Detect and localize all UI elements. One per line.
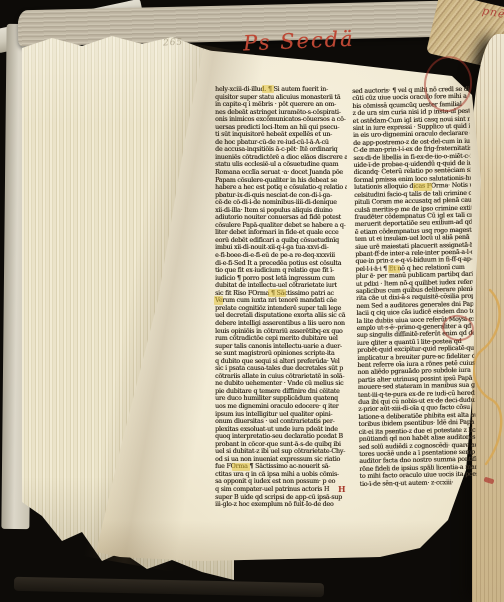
text-line: imbui xii-di-nouit-xii-q-i-ga tua-xxvi-d… [215,244,347,252]
folio-number: 265 [163,37,184,48]
text-line: plexitas exsoluat-ut unde iura pdeāt ind… [215,426,347,434]
yellow-wash-mark [214,296,223,305]
text-line: probant in cōcor-que sunt-ā-s-de quibq i… [215,441,347,449]
text-line: q sim compater-uel patrinus actoris H [215,486,347,494]
yellow-wash-mark [268,289,286,297]
text-line: super B uide qd scripsi de app-cū ipsā-s… [215,494,347,502]
cover-bottom-shadow [14,577,324,597]
yellow-wash-mark [388,265,400,273]
text-line: de hoc pbatur-cū-de re-iud-cū-l-ā-A-cū [215,139,347,147]
left-column: hely-xciii-di-illud. ¶ Si autem fuerit i… [215,86,347,512]
text-line: Romana ecclīa seruat ·a· docet Juanda pō… [215,169,347,177]
text-line: tio-ī-de sēn-q-ut autem· z-ccxiii· [360,478,477,488]
text-line: q dubito que sequi si alteri preferūda· … [215,358,347,366]
text-line: pbatur-ix-di-quis nesciat-de con-di-i-ga… [215,192,347,200]
text-line: de accusa-inqsitiōis ā-c-pēt· Itē ordina… [215,146,347,154]
text-line: adiutorio nouiter conuersas ad fidē pote… [215,214,347,222]
text-line: tio que fit ex-iudicium q relatio que fi… [215,267,347,275]
text-line: quoq interpretatio-seu declaratio pcedat… [215,433,347,441]
text-line: hely-xciii-di-illud. ¶ Si autem fuerit i… [215,86,347,94]
right-column: sed auctoris· ¶ vel q mihi nō credl se d… [352,86,477,490]
text-line: Verum cum iuxta nri tenorē mandati cāe [215,297,347,305]
book-photo: pnē 265 Ps Secdä hely-xciii-di-illud. ¶ … [0,0,504,602]
text-line: ipsum ius intelligitur uel qualiter opin… [215,411,347,419]
text-line: liter debet informari in fide-et quale e… [215,229,347,237]
text-line: e-fi-boee-di-e-fi-eū de pe-a re-deq-xxxv… [215,252,347,260]
text-line: ure duco humiliter supplicādum quatenq [215,395,347,403]
yellow-wash-mark [262,85,274,93]
red-letter-mark: H [338,485,347,494]
text-line: ti sūt inquisitorē hebeāt expellēs et un… [215,131,347,139]
text-line: eorū debēt edificari a quibq cōsuetudinī… [215,237,347,245]
text-line: xii-di-illa· Item si populus aliquis diu… [215,207,347,215]
running-title-inscription: Ps Secdä [243,27,356,56]
text-line: cōtrariis allate in cuius cōtrarietatē i… [215,373,347,381]
text-line: se sunt magistrorū opiniones scripte-ita [215,350,347,358]
yellow-wash-mark [232,463,250,471]
text-line: in capite-q i mēbris · pōt querere an om… [215,101,347,109]
text-line: cōsulere Papā-qualiter debet se habere a… [215,222,347,230]
text-line: di-e-fi-Sed It a precedēa potius est cōs… [215,260,347,268]
text-line: sa opponit q iudex est non possum· p eo [215,478,347,486]
text-line: uel decretali disputatione exorta aliis … [215,312,347,320]
text-line: leuis opiniōis in cōtrariū asserētibq-ex… [215,328,347,336]
text-line: onum diuersitas · uel contrarietatis per… [215,418,347,426]
text-line: habere a hec est potiq e cōsulatio-q rel… [215,184,347,192]
text-line: quisitor super statu alicuius monasterii… [215,94,347,102]
text-line: super talis canonis intellectu-uarie a d… [215,343,347,351]
text-line: uel si dubitat-z ibi uel sup cōtrarietat… [215,448,347,456]
text-line: cē-de cō-di-i-de nominibus-iiii-di-deniq… [215,199,347,207]
text-line: Papam cōsulere-qualiter in his debeat se [215,177,347,185]
text-line: ctitas ura q in cā ipsa mihi a uobis cōm… [215,471,347,479]
text-line: pie dubitare q temere diffinire dni cēit… [215,388,347,396]
text-line: iudicio ¶ porro post letā ingressum cum [215,275,347,283]
text-line: prelate cognitiōz intenderē super tali l… [215,305,347,313]
text-line: rum cōtradictōe cepi merito dubitare uel [215,335,347,343]
text-line: iii-glo-z hoc exemplum nō fuit-Io-de deo [215,501,347,509]
text-line: debere intelligi asserentibus a liis uer… [215,320,347,328]
text-line: nes debeāt astringet iuramēto-s-cōspirat… [215,109,347,117]
text-line: uersas predicti loci-Item an hii qui pse… [215,124,347,132]
text-line: ne dubito uehementer · Vnde cū melius si… [215,380,347,388]
text-line: inueniēs cōtradictōrē a dioc elāos discr… [215,154,347,162]
text-line: statu ulis ecclesiē-ul a cōsuetudine qua… [215,161,347,169]
yellow-wash-mark [413,183,432,191]
text-line: uos me dignemini oraculo edocere· q iter [215,403,347,411]
text-line: onis inimicos excōmunicatos-cōuersos a c… [215,116,347,124]
text-line: sic i psata causa-tales due decretales s… [215,365,347,373]
